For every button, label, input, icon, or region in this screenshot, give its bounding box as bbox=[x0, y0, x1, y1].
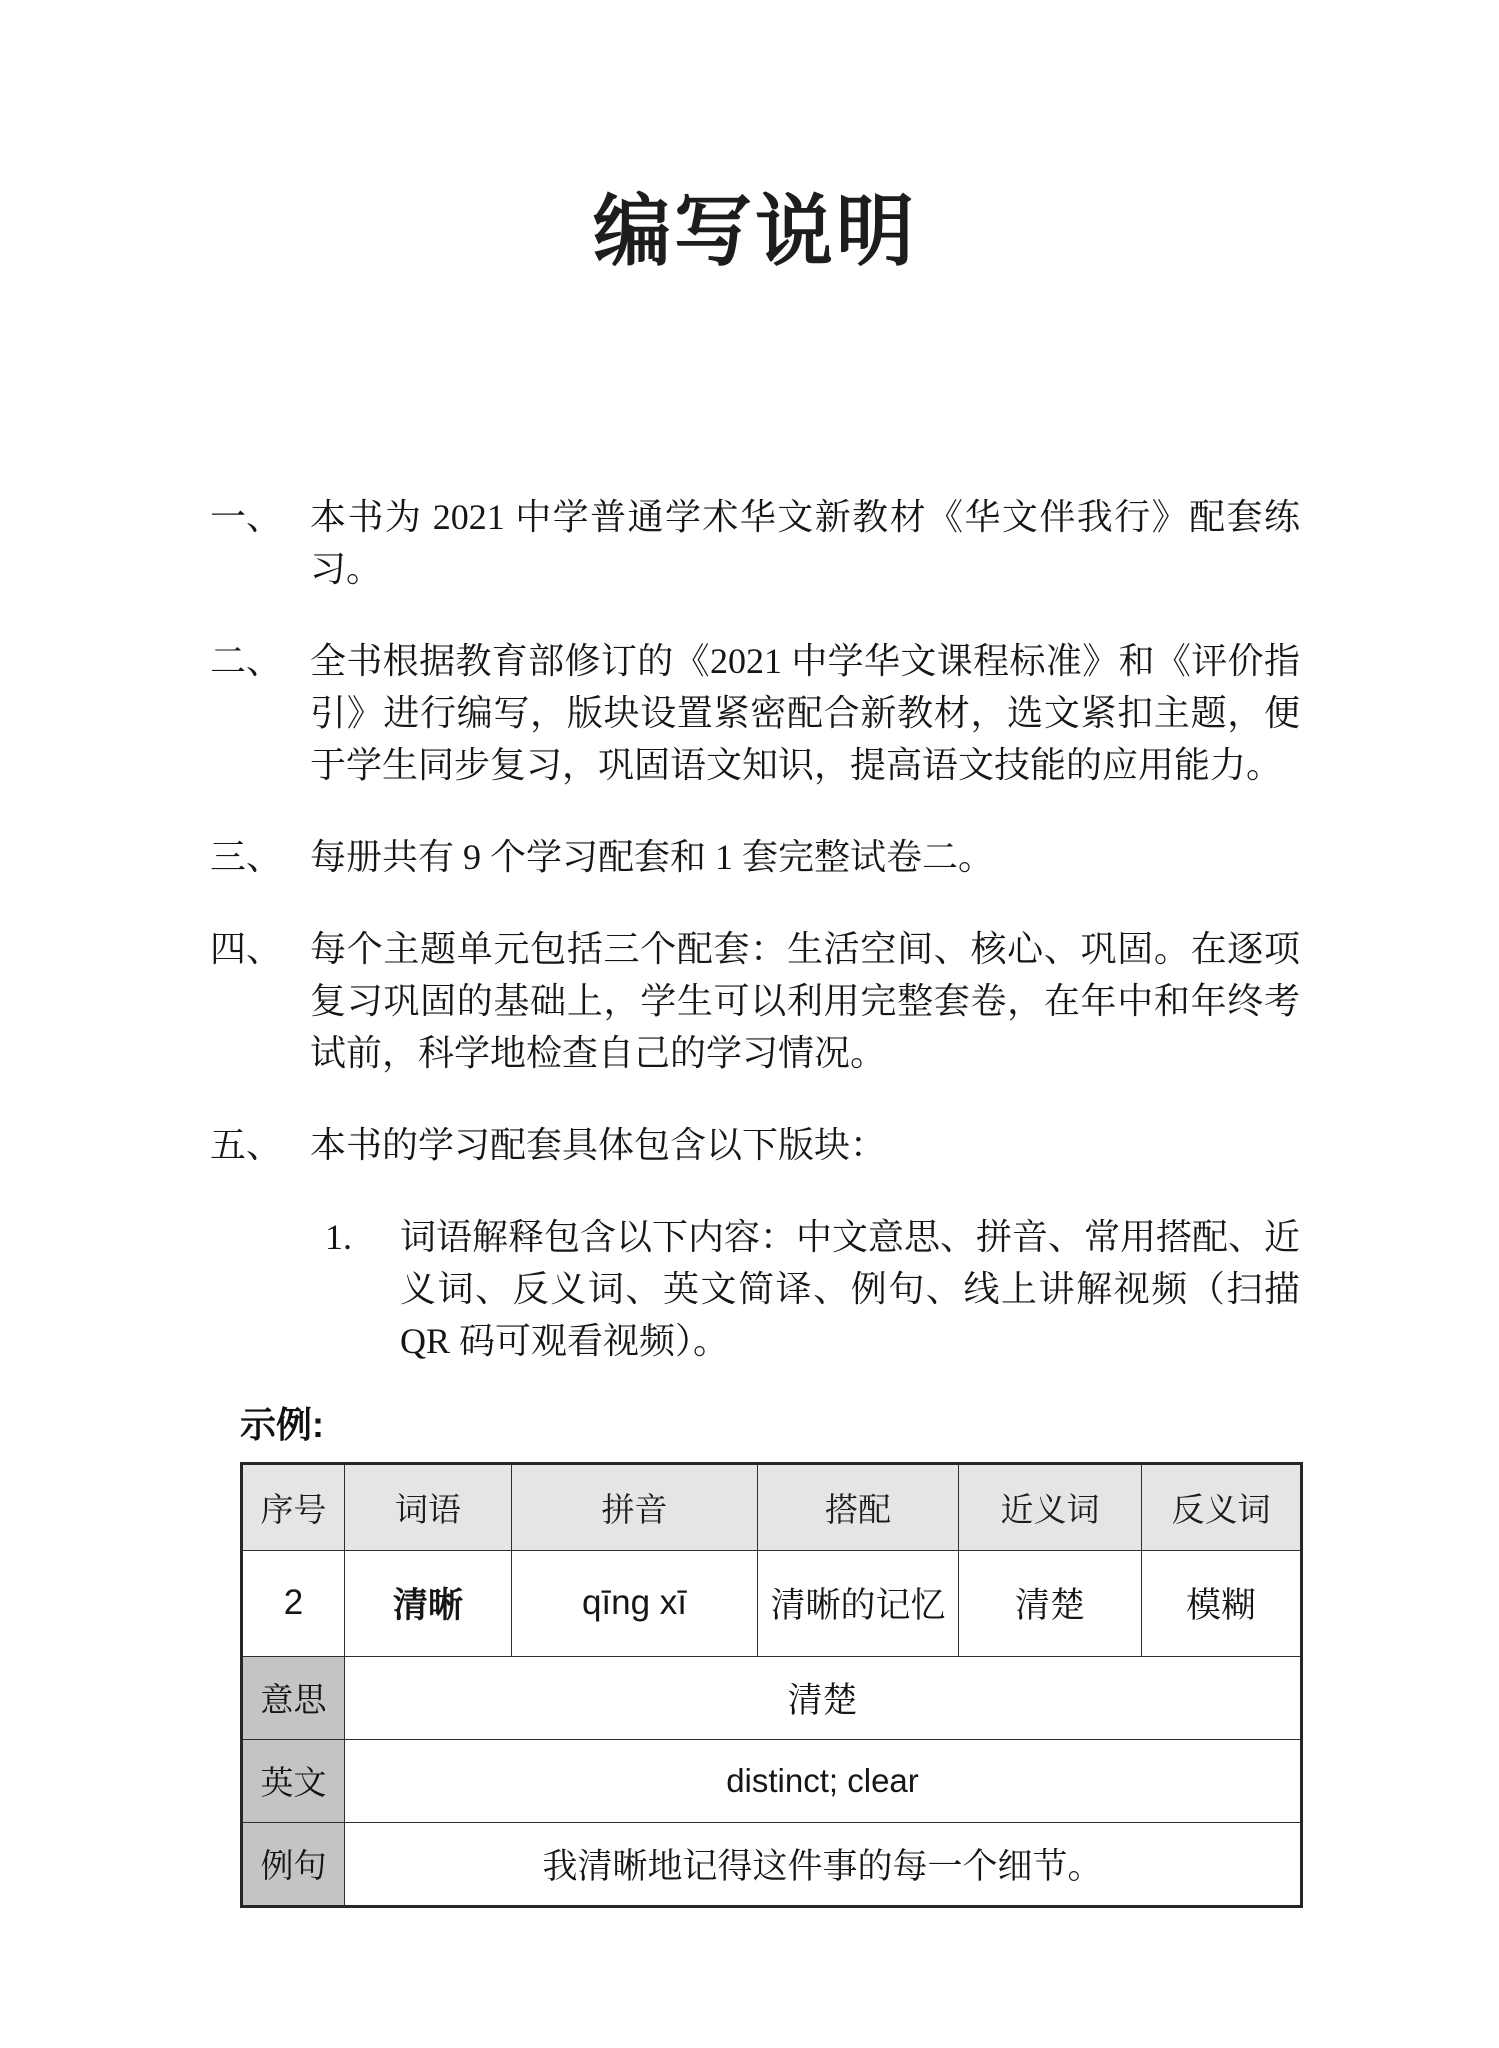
list-item: 三、 每册共有 9 个学习配套和 1 套完整试卷二。 bbox=[210, 831, 1300, 883]
table-sentence-row: 例句 我清晰地记得这件事的每一个细节。 bbox=[242, 1822, 1302, 1906]
example-label: 示例: bbox=[240, 1397, 1300, 1448]
header-cell-pinyin: 拼音 bbox=[512, 1463, 758, 1550]
meaning-value-cell: 清楚 bbox=[345, 1656, 1302, 1739]
table-header-row: 序号 词语 拼音 搭配 近义词 反义词 bbox=[242, 1463, 1302, 1550]
sub-list-item-text: 词语解释包含以下内容：中文意思、拼音、常用搭配、近义词、反义词、英文简译、例句、… bbox=[400, 1211, 1300, 1367]
list-item-number: 二、 bbox=[210, 635, 310, 791]
list-item: 五、 本书的学习配套具体包含以下版块： 1. 词语解释包含以下内容：中文意思、拼… bbox=[210, 1119, 1300, 1367]
meaning-label-cell: 意思 bbox=[242, 1656, 345, 1739]
collocation-cell: 清晰的记忆 bbox=[758, 1550, 959, 1656]
english-label-cell: 英文 bbox=[242, 1739, 345, 1822]
instruction-list: 一、 本书为 2021 中学普通学术华文新教材《华文伴我行》配套练习。 二、 全… bbox=[210, 491, 1300, 1367]
list-item: 一、 本书为 2021 中学普通学术华文新教材《华文伴我行》配套练习。 bbox=[210, 491, 1300, 595]
list-item-text: 每个主题单元包括三个配套：生活空间、核心、巩固。在逐项复习巩固的基础上，学生可以… bbox=[310, 923, 1300, 1079]
word-number-cell: 2 bbox=[242, 1550, 345, 1656]
table-meaning-row: 意思 清楚 bbox=[242, 1656, 1302, 1739]
sentence-value-cell: 我清晰地记得这件事的每一个细节。 bbox=[345, 1822, 1302, 1906]
pinyin-cell: qīng xī bbox=[512, 1550, 758, 1656]
header-cell-number: 序号 bbox=[242, 1463, 345, 1550]
header-cell-collocation: 搭配 bbox=[758, 1463, 959, 1550]
list-item: 四、 每个主题单元包括三个配套：生活空间、核心、巩固。在逐项复习巩固的基础上，学… bbox=[210, 923, 1300, 1079]
synonym-cell: 清楚 bbox=[959, 1550, 1142, 1656]
page-title: 编写说明 bbox=[210, 185, 1300, 279]
list-item-number: 四、 bbox=[210, 923, 310, 1079]
antonym-cell: 模糊 bbox=[1142, 1550, 1302, 1656]
word-cell: 清晰 bbox=[345, 1550, 512, 1656]
document-page: 编写说明 一、 本书为 2021 中学普通学术华文新教材《华文伴我行》配套练习。… bbox=[0, 0, 1499, 2048]
list-item-number: 三、 bbox=[210, 831, 310, 883]
list-item-number: 五、 bbox=[210, 1119, 310, 1171]
sub-list-item-number: 1. bbox=[325, 1211, 400, 1367]
vocabulary-example-table: 序号 词语 拼音 搭配 近义词 反义词 2 清晰 qīng xī 清晰的记忆 清… bbox=[240, 1462, 1303, 1908]
list-item-text: 全书根据教育部修订的《2021 中学华文课程标准》和《评价指引》进行编写，版块设… bbox=[310, 635, 1300, 791]
header-cell-antonym: 反义词 bbox=[1142, 1463, 1302, 1550]
list-item-text: 本书的学习配套具体包含以下版块： bbox=[310, 1119, 1300, 1171]
list-item-number: 一、 bbox=[210, 491, 310, 595]
header-cell-word: 词语 bbox=[345, 1463, 512, 1550]
list-item: 二、 全书根据教育部修订的《2021 中学华文课程标准》和《评价指引》进行编写，… bbox=[210, 635, 1300, 791]
sentence-label-cell: 例句 bbox=[242, 1822, 345, 1906]
english-value-cell: distinct; clear bbox=[345, 1739, 1302, 1822]
list-item-text: 本书为 2021 中学普通学术华文新教材《华文伴我行》配套练习。 bbox=[310, 491, 1300, 595]
table-word-row: 2 清晰 qīng xī 清晰的记忆 清楚 模糊 bbox=[242, 1550, 1302, 1656]
sub-list-item: 1. 词语解释包含以下内容：中文意思、拼音、常用搭配、近义词、反义词、英文简译、… bbox=[325, 1211, 1300, 1367]
list-item-text: 每册共有 9 个学习配套和 1 套完整试卷二。 bbox=[310, 831, 1300, 883]
header-cell-synonym: 近义词 bbox=[959, 1463, 1142, 1550]
table-english-row: 英文 distinct; clear bbox=[242, 1739, 1302, 1822]
